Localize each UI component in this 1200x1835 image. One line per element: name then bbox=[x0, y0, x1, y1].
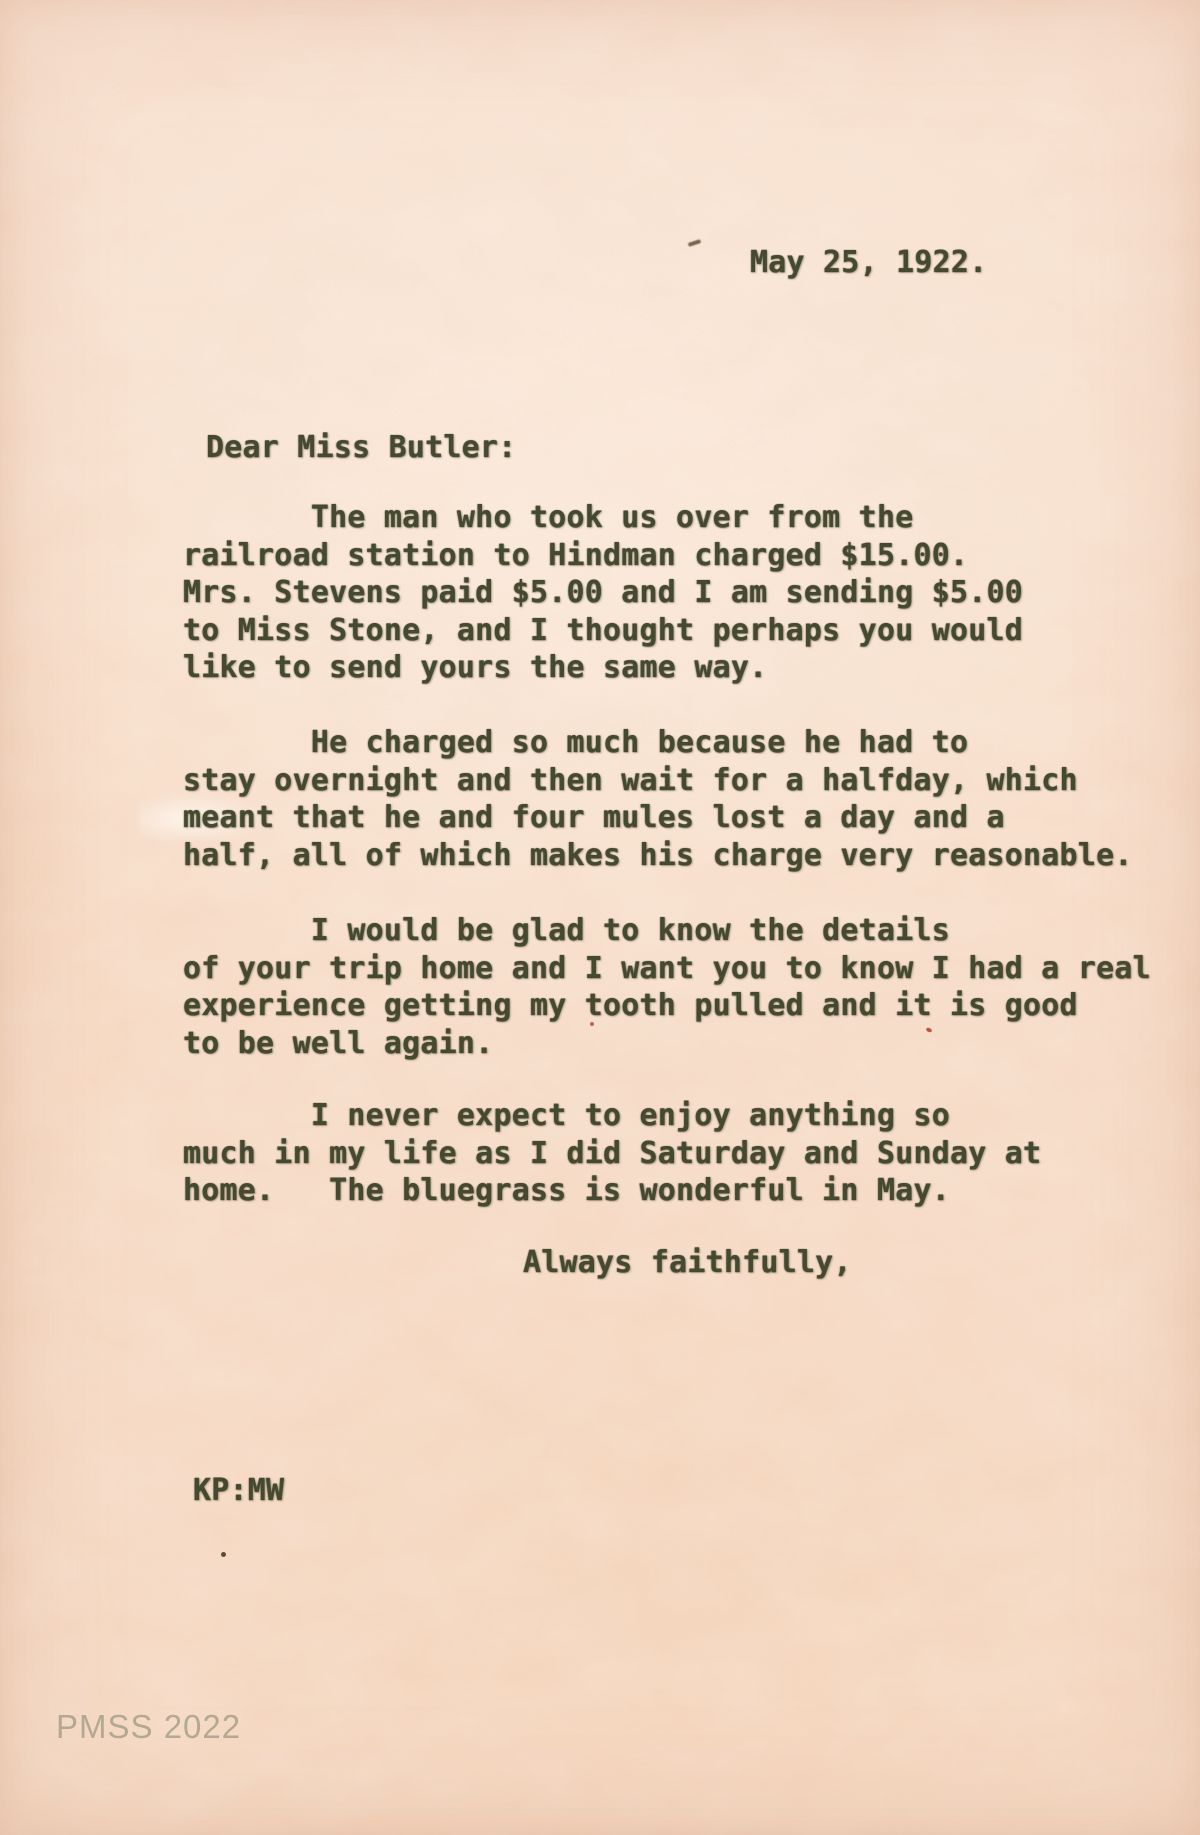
letter-paragraph-4: I never expect to enjoy anything somuch … bbox=[183, 1097, 1041, 1210]
letter-line: railroad station to Hindman charged $15.… bbox=[183, 537, 1023, 575]
letter-line: much in my life as I did Saturday and Su… bbox=[183, 1135, 1041, 1173]
letter-line: home. The bluegrass is wonderful in May. bbox=[183, 1172, 1041, 1210]
letter-paragraph-1: The man who took us over from therailroa… bbox=[183, 499, 1023, 687]
letter-closing: Always faithfully, bbox=[523, 1244, 852, 1282]
letter-line: half, all of which makes his charge very… bbox=[183, 837, 1133, 875]
letter-line: experience getting my tooth pulled and i… bbox=[183, 987, 1151, 1025]
letter-line: He charged so much because he had to bbox=[183, 724, 1133, 762]
scanned-letter-page: May 25, 1922. Dear Miss Butler: The man … bbox=[0, 0, 1200, 1835]
letter-line: Mrs. Stevens paid $5.00 and I am sending… bbox=[183, 574, 1023, 612]
paper-speck bbox=[221, 1552, 226, 1557]
letter-paragraph-3: I would be glad to know the detailsof yo… bbox=[183, 912, 1151, 1062]
letter-line: I never expect to enjoy anything so bbox=[183, 1097, 1041, 1135]
letter-paragraph-2: He charged so much because he had tostay… bbox=[183, 724, 1133, 874]
archive-watermark: PMSS 2022 bbox=[56, 1708, 241, 1746]
letter-line: like to send yours the same way. bbox=[183, 649, 1023, 687]
letter-line: I would be glad to know the details bbox=[183, 912, 1151, 950]
letter-line: of your trip home and I want you to know… bbox=[183, 950, 1151, 988]
letter-line: meant that he and four mules lost a day … bbox=[183, 799, 1133, 837]
letter-line: The man who took us over from the bbox=[183, 499, 1023, 537]
typist-reference-initials: KP:MW bbox=[193, 1472, 284, 1510]
letter-date: May 25, 1922. bbox=[750, 244, 987, 282]
letter-line: stay overnight and then wait for a halfd… bbox=[183, 762, 1133, 800]
letter-line: to Miss Stone, and I thought perhaps you… bbox=[183, 612, 1023, 650]
letter-salutation: Dear Miss Butler: bbox=[206, 429, 516, 467]
letter-line: to be well again. bbox=[183, 1025, 1151, 1063]
paper-speck bbox=[688, 239, 702, 247]
